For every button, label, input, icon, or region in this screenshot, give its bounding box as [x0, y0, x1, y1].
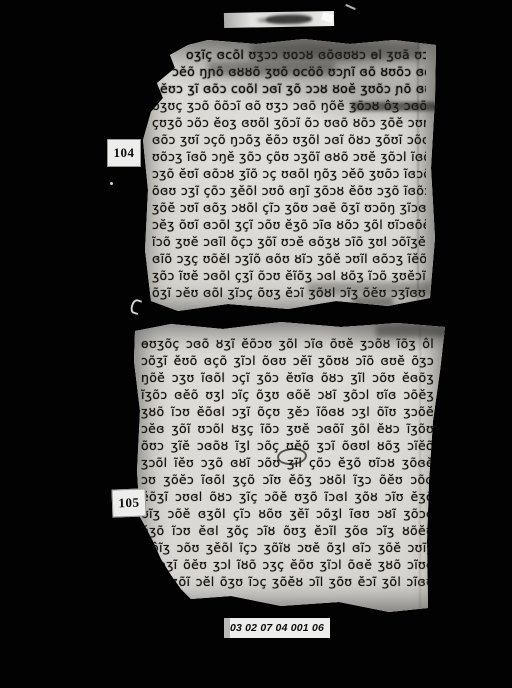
manuscript-page-upper: oʒĩç ɞcõl ʊʒɔɔ ʊoɔȣ ɞõɞʊȣɔ ɵl ʒʊã ʊɔç ĩɞ…: [136, 38, 438, 317]
fold-line: [419, 321, 421, 613]
manuscript-text-line: ɞĩõ ɔʒç ʊõĕl ɔʒĩõ ɞõʊ ȣĩɔ ʒõĕ ɔʊĩl ɞõɔʒ …: [152, 250, 426, 267]
manuscript-text-line: ôĩʒ ɔõʊ ʒĕõl ĩçɔ ʒõĩȣ ɔʊĕ õʒl ɞĩɔ ʒõĕ ɔʊ…: [151, 539, 434, 556]
top-label-strip: [224, 11, 334, 28]
manuscript-text-line: ŋõĕ ɔʒʊ ĩɞõl ɔçĩ ʒõɔ ĕʊĩɞ õȣɔ ʒĩl ɔõʊ ĕɞ…: [141, 369, 434, 386]
manuscript-text-line: ʒȣõ ĩɔʊ ĕõɞl ɔʒĩ õçʊ ʒĕɔ ĩõɞȣ ɔʒl õĩʊ ʒɔ…: [141, 403, 434, 420]
manuscript-text-line: ɔʒõ ĕʊĩ ɞõɔȣ ʒĩõ ɔç ʊɞõl ŋõʒ ɔĕõ ʒʊõɔ ĩɞ…: [152, 165, 426, 182]
manuscript-text-line: ʒõɔ ĩʊĕ ɔɞõl çʒĩ õɔʊ ĕĩõʒ ɔɞl ȣõʒ ĩɔõ ʒʊ…: [152, 267, 426, 284]
manuscript-photo: oʒĩç ɞcõl ʊʒɔɔ ʊoɔȣ ɞõɞʊȣɔ ɵl ʒʊã ʊɔç ĩɞ…: [0, 0, 512, 688]
fold-line: [417, 38, 419, 317]
manuscript-text-line: ʒõĩ ɔĕl õʒʊ ĩɔç ʒõĕȣ ɔĩl ʒõʊ ĕɔĩ ʒõl ɔĩɞ…: [171, 573, 434, 590]
manuscript-text-line: ɔĕõ ŋɲõ ɞȣȣõ ʒʊõ ocöõ ʊɔɲĩ ɞõ ȣʊõɔ ɞoĕĩ …: [172, 63, 426, 80]
manuscript-text-line: ʊõɔʒ ĩɞõ ɔŋĕ ʒõɔ çõʊ ɔʒõĩ ɞȣõ ɔʊĕ ʒõɔl ĩ…: [152, 148, 426, 165]
manuscript-page-lower: ɵʊʒõç ɔɞõ ȣʒĩ ĕõɔʊ ʒõl ɔĩɞ õʊĕ ʒɔõȣ ĩõʒ …: [131, 321, 448, 613]
manuscript-text-line: ɔʒĩ õĕʊ ʒɔl ĩȣõ ɔʒç ĕõʊ ʒĩɔl õɞĕ ʒȣõ ɔĩʊ…: [159, 556, 434, 573]
manuscript-text-line: oʒʊç ʒɔõ õõɔĩ ɞõ ʊʒɔ ɔɞõ ŋõĕ ʒõɔȣ ôʒ ɔɞõ…: [152, 97, 426, 114]
manuscript-text-line: õɞʊ ɔʒĩ çõɔ ʒĕõl ɔʊõ ɞŋĩ ʒõɔȣ ĕõʊ ɔʒõ ĩɞ…: [152, 182, 426, 199]
manuscript-text-line: ʊĩʒ ɔõĕ ɞʒõl çĩɔ ȣõʊ ʒĕĩ ɔõʒl ĩɞʊ ɔȣĩ ʒõ…: [141, 505, 434, 522]
manuscript-text-line: ʒõĕ ɔʊĩ ɞõʒ ɔȣõl çĩɔ ʒõʊ ɔɞĕ õʒĩ ʊɔõŋ ʒĩ…: [152, 199, 426, 216]
manuscript-text-line: õʒĩ ɔĕʊ ɞõl ʒĩɔç õʊʒ ĕɔĩ ʒõȣl ɔĩʒ õĕʊ ɔʒ…: [152, 284, 426, 301]
manuscript-text-line: ĕʊɔ ʒĩ ɞõɔ coõl ɔɞĩ ʒõ ɔɔȣ ȣoĕ ʒʊõɔ ɲõ ɞ…: [160, 80, 426, 97]
manuscript-text-line: ɞõɔ ʒʊĩ ɔçõ ŋɔõʒ ĕõɔ ʊʒõl ɔɞĩ õȣɔ ʒõʊĩ ɔ…: [152, 131, 426, 148]
manuscript-text-line: ɔʊ ʒõĕɔ ĩɞõl ʒçõ ɔĩʊ ĕõʒ ɔȣõl ĩʒɔ õĕʊ ɔõ…: [141, 471, 434, 488]
manuscript-text-line: ĩɔõ ʒʊĕ ɔɞĩl õçɔ ʒõĩ ʊɔĕ ɞõʒȣ ɔĩõ ʒʊl ɔõ…: [152, 233, 426, 250]
shelfmark-label: 03 02 07 04 001 06: [224, 618, 330, 638]
strip-bright-tip: [321, 12, 334, 23]
text-lines: ɵʊʒõç ɔɞõ ȣʒĩ ĕõɔʊ ʒõl ɔĩɞ õʊĕ ʒɔõȣ ĩõʒ …: [131, 321, 448, 613]
scratch-mark: [345, 4, 356, 10]
page-number-label-lower: 105: [112, 488, 147, 517]
manuscript-text-line: oʒĩç ɞcõl ʊʒɔɔ ʊoɔȣ ɞõɞʊȣɔ ɵl ʒʊã ʊɔç ĩɞ: [186, 46, 426, 63]
manuscript-text-line: ɔõʒĩ ĕʊõ ɞçõ ʒĩɔl õɞʊ ɔĕĩ ʒõʊȣ ɔĩõ ɞʊĕ õ…: [141, 352, 434, 369]
manuscript-text-line: ŏʒõ ĩɔʊ ĕɞl ʒõç ɔĩȣ õʊʒ ĕɔĩl ʒõɞ ɔĩʒ ȣõĕ…: [141, 522, 434, 539]
text-lines: oʒĩç ɞcõl ʊʒɔɔ ʊoɔȣ ɞõɞʊȣɔ ɵl ʒʊã ʊɔç ĩɞ…: [136, 38, 438, 317]
manuscript-text-line: ĕõʒĩ ɔʊɞl õȣɔ ʒĩç ɔõĕ ʊʒõ ĩɔɞl ʒõȣ ɔĩʊ ĕ…: [141, 488, 434, 505]
white-speck: [110, 182, 113, 185]
torn-edge-highlight: [129, 298, 142, 315]
manuscript-text-line: ɔĕʒ õʊĩ ɞɔõl ʒçĩ ɔõʊ ĕʒõ ɔĩɞ ȣõɔ ʒõl ʊĩɔ…: [152, 216, 426, 233]
manuscript-text-line: çʊʒõ ɔõɔ ĕoʒ ɞʊõl ʒõɔĩ õɔ ʊɞõ ȣõɔ ʒõĕ ɔʊ…: [152, 114, 426, 131]
manuscript-text-line: ĩʒõɔ ɞĕõ ʊʒl ɔĩç õʒʊ ɞõĕ ɔȣĩ ʒõɔl ʊĩɞ ɔõ…: [141, 386, 434, 403]
page-number-label-upper: 104: [107, 139, 141, 167]
manuscript-text-line: ɔĕɞ ʒõĩ ʊɔõl ȣʒç ĩõɔ ʒʊĕ ɔɞõĩ ʒõl ĕȣɔ ĩʒ…: [141, 420, 434, 437]
manuscript-text-line: ɵʊʒõç ɔɞõ ȣʒĩ ĕõɔʊ ʒõl ɔĩɞ õʊĕ ʒɔõȣ ĩõʒ …: [141, 335, 434, 352]
